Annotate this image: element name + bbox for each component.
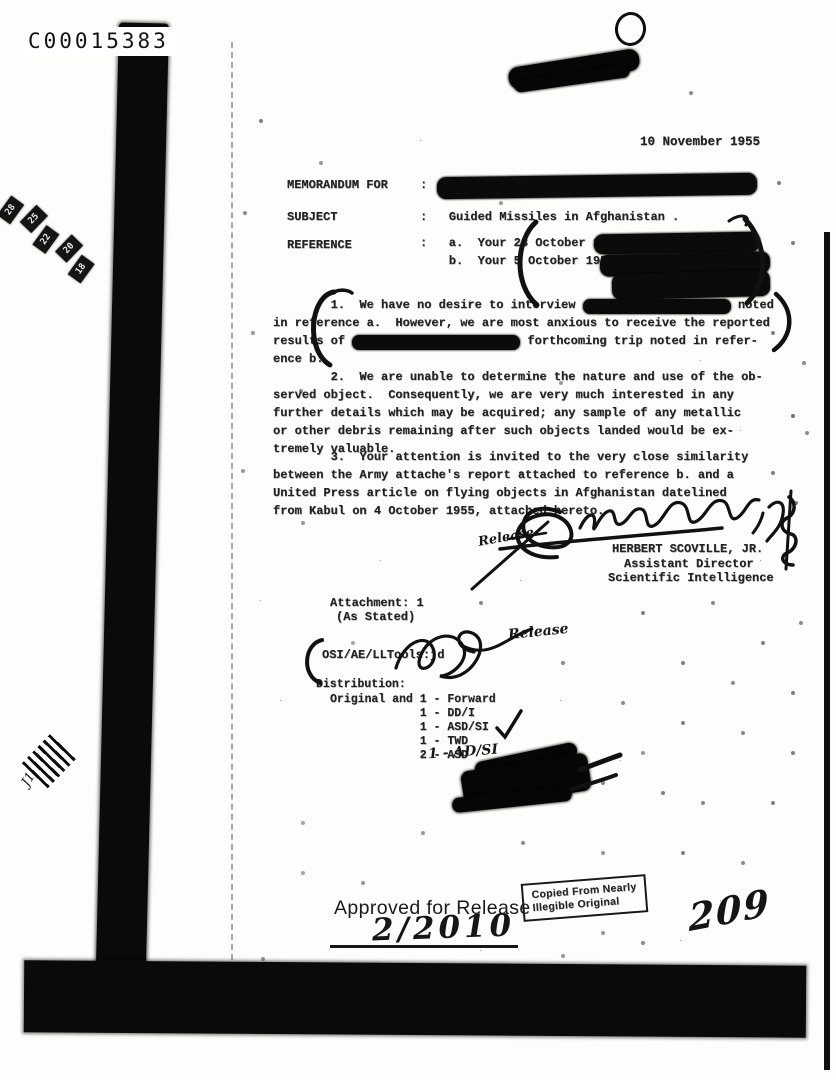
copied-stamp: Copied From Nearly Illegible Original <box>521 874 649 922</box>
paragraph-3: 3. Your attention is invited to the very… <box>273 448 778 520</box>
attachment-note: (As Stated) <box>336 608 415 626</box>
scanned-document-page: C00015383 28 25 22 20 18 J1 10 November … <box>0 0 836 1080</box>
page-number-handwritten: 209 <box>688 880 770 941</box>
distribution-row: 1 - DD/I <box>330 707 475 722</box>
distribution-row: Original and 1 - Forward <box>330 693 496 708</box>
reference-label: REFERENCE <box>287 236 352 254</box>
scan-binding-band <box>96 22 169 968</box>
film-edge-number: 18 <box>68 255 95 284</box>
release-annotation: Release <box>507 621 569 643</box>
release-annotation: Release <box>477 525 535 550</box>
paragraph-2: 2. We are unable to determine the nature… <box>273 368 778 458</box>
scan-bottom-band <box>24 960 806 1037</box>
scan-right-edge-line <box>824 232 830 1070</box>
scan-noise <box>0 0 1 1</box>
redaction-bar <box>352 335 520 350</box>
doc-date: 10 November 1955 <box>640 133 760 151</box>
bracket-left-routing <box>307 640 322 683</box>
memo-for-colon: : <box>420 176 427 194</box>
redaction-bar <box>437 173 757 199</box>
distribution-row: 1 - ASD/SI <box>330 721 489 736</box>
checkmark <box>497 711 521 737</box>
distribution-label: Distribution: <box>316 678 406 693</box>
signer-org: Scientific Intelligence <box>608 569 774 587</box>
circle-mark <box>613 10 648 48</box>
approved-date-handwritten: 2/2010 <box>371 908 515 949</box>
paper-edge-dashed-line <box>231 42 233 960</box>
approved-underline <box>330 945 518 948</box>
doc-id: C00015383 <box>24 27 177 56</box>
routing-line: OSI/AE/LLTools:jd <box>322 646 444 664</box>
memo-for-label: MEMORANDUM FOR <box>287 176 388 194</box>
paragraph-1: 1. We have no desire to interview notedi… <box>273 296 778 368</box>
subject-value: : Guided Missiles in Afghanistan . <box>420 208 679 226</box>
subject-label: SUBJECT <box>287 208 337 226</box>
redaction-bar <box>583 299 731 314</box>
